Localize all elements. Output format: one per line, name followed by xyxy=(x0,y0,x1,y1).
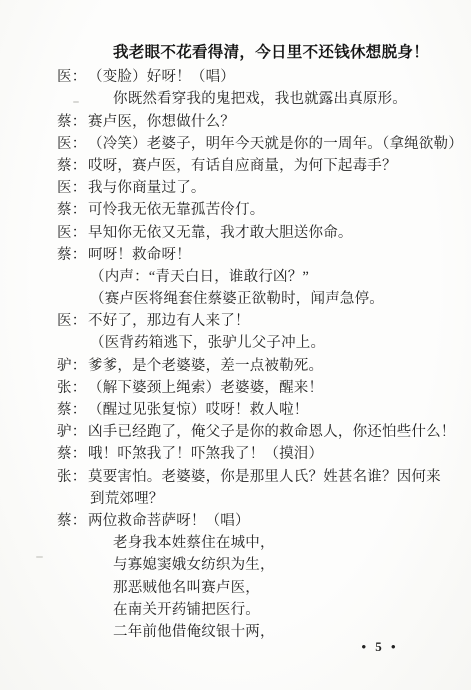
script-line: 张：莫要害怕。老婆婆，你是那里人氏？姓甚名谁？因何来 xyxy=(57,466,461,488)
dialogue-text: 哦！吓煞我了！吓煞我了！（摸泪） xyxy=(88,446,323,462)
dialogue-text: 我与你商量过了。 xyxy=(88,180,206,196)
script-line: 在南关开药铺把医行。 xyxy=(57,599,461,621)
script-line: 医：不好了，那边有人来了！ xyxy=(57,310,461,332)
dialogue-text: （醒过见张复惊）哎呀！救人啦！ xyxy=(88,402,309,418)
speaker-label: 蔡： xyxy=(57,510,88,532)
script-line: （赛卢医将绳套住蔡婆正欲勒时，闻声急停。 xyxy=(57,288,461,310)
script-line: 医：我与你商量过了。 xyxy=(57,177,461,199)
script-line: 老身我本姓蔡住在城中， xyxy=(57,532,461,554)
dialogue-text: （变脸）好呀！（唱） xyxy=(88,69,235,85)
script-line: 张：（解下婆颈上绳索）老婆婆，醒来！ xyxy=(57,377,461,399)
script-line: 蔡：赛卢医，你想做什么？ xyxy=(57,111,461,133)
dialogue-text: 莫要害怕。老婆婆，你是那里人氏？姓甚名谁？因何来 xyxy=(88,469,441,485)
script-line: 你既然看穿我的鬼把戏，我也就露出真原形。 xyxy=(57,88,461,110)
speaker-label: 驴： xyxy=(57,355,88,377)
speaker-label: 医： xyxy=(57,177,88,199)
script-line: 驴：凶手已经跑了，俺父子是你的救命恩人，你还怕些什么！ xyxy=(57,421,461,443)
page-number: • 5 • xyxy=(348,638,412,656)
script-line: 我老眼不花看得清，今日里不还钱休想脱身！ xyxy=(57,42,461,64)
speaker-label: 蔡： xyxy=(57,111,88,133)
dialogue-text: 早知你无依又无靠，我才敢大胆送你命。 xyxy=(88,225,353,241)
script-text-block: 我老眼不花看得清，今日里不还钱休想脱身！医：（变脸）好呀！（唱）你既然看穿我的鬼… xyxy=(57,42,461,643)
script-line: 与寡媳窦娥女纺织为生， xyxy=(57,554,461,576)
speaker-label: 医： xyxy=(57,133,88,155)
script-line: 蔡：呵呀！救命呀！ xyxy=(57,244,461,266)
script-line: 那恶贼他名叫赛卢医， xyxy=(57,577,461,599)
dialogue-text: 两位救命菩萨呀！（唱） xyxy=(88,513,250,529)
dialogue-text: 可怜我无依无靠孤苦伶仃。 xyxy=(88,202,264,218)
script-line: （内声：“青天白日，谁敢行凶？” xyxy=(57,266,461,288)
script-line: 医：（变脸）好呀！（唱） xyxy=(57,66,461,88)
speaker-label: 蔡： xyxy=(57,244,88,266)
dialogue-text: （解下婆颈上绳索）老婆婆，醒来！ xyxy=(88,380,323,396)
speaker-label: 医： xyxy=(57,66,88,88)
script-line: 驴：爹爹，是个老婆婆，差一点被勒死。 xyxy=(57,355,461,377)
dialogue-text: 赛卢医，你想做什么？ xyxy=(88,114,235,130)
speaker-label: 张： xyxy=(57,466,88,488)
script-line: 蔡：可怜我无依无靠孤苦伶仃。 xyxy=(57,199,461,221)
dialogue-text: 不好了，那边有人来了！ xyxy=(88,313,250,329)
scan-artifact xyxy=(36,556,43,558)
script-line: 蔡：哦！吓煞我了！吓煞我了！（摸泪） xyxy=(57,443,461,465)
dialogue-text: 哎呀，赛卢医，有话自应商量，为何下起毒手？ xyxy=(88,158,397,174)
speaker-label: 医： xyxy=(57,310,88,332)
script-line: 蔡：（醒过见张复惊）哎呀！救人啦！ xyxy=(57,399,461,421)
scan-artifact xyxy=(73,101,79,103)
speaker-label: 蔡： xyxy=(57,155,88,177)
script-page: 我老眼不花看得清，今日里不还钱休想脱身！医：（变脸）好呀！（唱）你既然看穿我的鬼… xyxy=(0,0,471,690)
speaker-label: 蔡： xyxy=(57,199,88,221)
script-line: 医：早知你无依又无靠，我才敢大胆送你命。 xyxy=(57,222,461,244)
speaker-label: 蔡： xyxy=(57,443,88,465)
script-line: 医：（冷笑）老婆子，明年今天就是你的一周年。（拿绳欲勒） xyxy=(57,133,461,155)
speaker-label: 驴： xyxy=(57,421,88,443)
speaker-label: 医： xyxy=(57,222,88,244)
dialogue-text: 爹爹，是个老婆婆，差一点被勒死。 xyxy=(88,358,323,374)
script-line: 蔡：两位救命菩萨呀！（唱） xyxy=(57,510,461,532)
speaker-label: 张： xyxy=(57,377,88,399)
script-line: 到荒郊哩？ xyxy=(57,488,461,510)
dialogue-text: （冷笑）老婆子，明年今天就是你的一周年。（拿绳欲勒） xyxy=(88,136,463,152)
dialogue-text: 凶手已经跑了，俺父子是你的救命恩人，你还怕些什么！ xyxy=(88,424,456,440)
dialogue-text: 呵呀！救命呀！ xyxy=(88,247,191,263)
script-line: （医背药箱逃下，张驴儿父子冲上。 xyxy=(57,332,461,354)
speaker-label: 蔡： xyxy=(57,399,88,421)
script-line: 蔡：哎呀，赛卢医，有话自应商量，为何下起毒手？ xyxy=(57,155,461,177)
